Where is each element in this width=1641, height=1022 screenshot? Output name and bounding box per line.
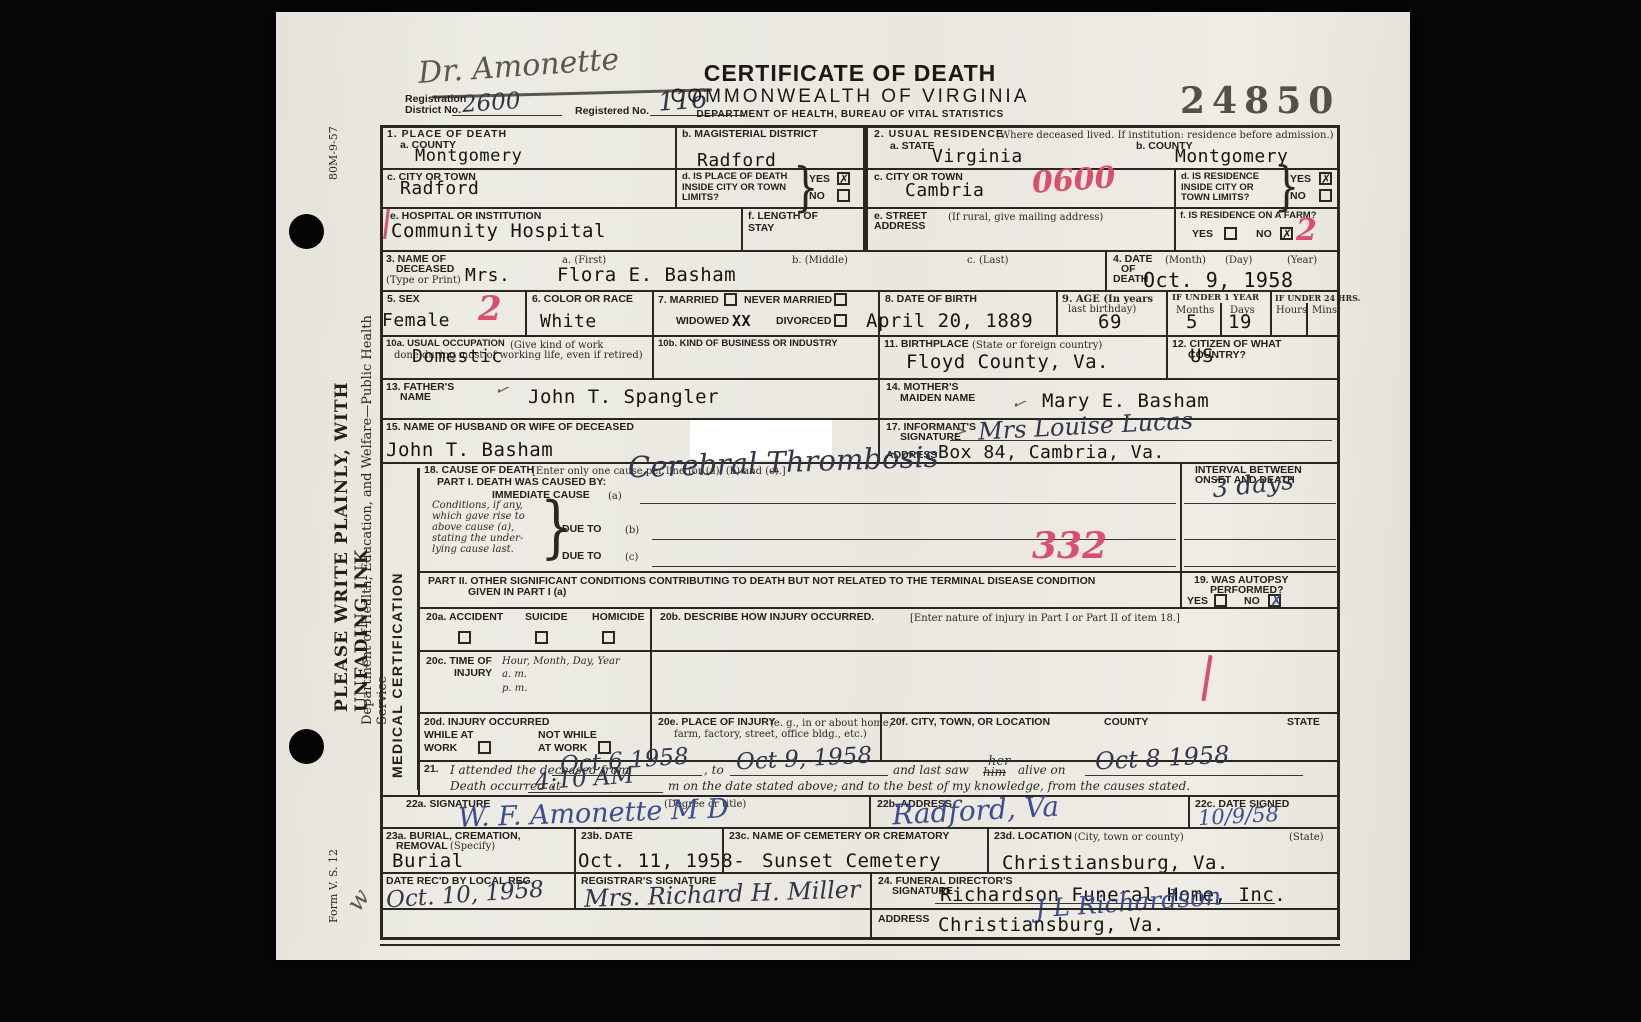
punch-hole-top bbox=[289, 214, 324, 249]
hours-mins-divider bbox=[1306, 303, 1308, 335]
place-limits-label: d. IS PLACE OF DEATH INSIDE CITY OR TOWN… bbox=[682, 172, 792, 204]
not-while-label: NOT WHILE bbox=[538, 730, 597, 742]
while-at-label: WHILE AT bbox=[424, 730, 474, 742]
burial-date-value: Oct. 11, 1958- bbox=[578, 852, 745, 871]
residence-limits-brace: } bbox=[1274, 161, 1299, 213]
place-limits-no-checkbox bbox=[837, 189, 850, 202]
time-of-injury-label2: INJURY bbox=[454, 668, 492, 680]
father-label2: NAME bbox=[400, 392, 431, 404]
medical-strip-label: MEDICAL CERTIFICATION bbox=[389, 478, 405, 778]
cause-a-label: (a) bbox=[608, 491, 622, 502]
cell-under-24-hrs: IF UNDER 24 HRS. Hours Mins. bbox=[1270, 290, 1340, 335]
autopsy-no-checkbox: ✗ bbox=[1268, 594, 1281, 607]
alive-underline bbox=[1085, 757, 1303, 776]
name-note: (Type or Print) bbox=[386, 275, 461, 286]
cause-code-red: 332 bbox=[1032, 528, 1107, 564]
place-limits-yes-checkbox: ✗ bbox=[837, 172, 850, 185]
autopsy-yes-label: YES bbox=[1187, 596, 1208, 608]
to-underline bbox=[730, 757, 888, 776]
injury-city-label: 20f. CITY, TOWN, OR LOCATION bbox=[890, 717, 1050, 729]
residence-section-label: 2. USUAL RESIDENCE bbox=[874, 129, 1004, 141]
birthplace-label: 11. BIRTHPLACE bbox=[884, 339, 969, 351]
never-married-label: NEVER MARRIED bbox=[744, 295, 832, 307]
residence-city-value: Cambria bbox=[905, 182, 984, 200]
conditions-l2: which gave rise to bbox=[432, 511, 525, 522]
autopsy-no-label: NO bbox=[1244, 596, 1260, 608]
race-value: White bbox=[540, 313, 597, 331]
location-note: (City, town or county) bbox=[1074, 832, 1184, 843]
widowed-label: WIDOWED bbox=[676, 316, 729, 328]
cell-part2: PART II. OTHER SIGNIFICANT CONDITIONS CO… bbox=[418, 571, 1180, 607]
occupation-value: Domestic bbox=[412, 348, 503, 366]
registration-underline bbox=[452, 95, 562, 116]
cell-place-limits: d. IS PLACE OF DEATH INSIDE CITY OR TOWN… bbox=[675, 168, 863, 207]
residence-state-label: a. STATE bbox=[890, 141, 935, 153]
injury-county-label: COUNTY bbox=[1104, 717, 1148, 729]
residence-limits-no-label: NO bbox=[1290, 191, 1306, 203]
part1-label: PART I. DEATH WAS CAUSED BY: bbox=[437, 477, 606, 489]
married-checkbox bbox=[724, 293, 737, 306]
physician-address: Radford, Va bbox=[891, 793, 1059, 830]
location-state-note: (State) bbox=[1289, 832, 1324, 843]
place-limits-yes-mark: ✗ bbox=[839, 172, 849, 186]
farm-code-red: 2 bbox=[1296, 216, 1317, 246]
conditions-l1: Conditions, if any, bbox=[432, 500, 523, 511]
item-21-no: 21. bbox=[424, 764, 439, 776]
while-at-work-checkbox bbox=[478, 741, 491, 754]
cell-20b: 20b. DESCRIBE HOW INJURY OCCURRED. [Ente… bbox=[650, 607, 1340, 650]
name-label2: DECEASED bbox=[396, 264, 454, 276]
due-b-paren: (b) bbox=[625, 525, 639, 536]
farm-no-label: NO bbox=[1256, 229, 1272, 241]
sex-code-red: 2 bbox=[478, 292, 502, 326]
last-label: c. (Last) bbox=[967, 255, 1009, 266]
time-of-injury-label: 20c. TIME OF bbox=[426, 656, 492, 668]
farm-no-checkbox: ✗ bbox=[1280, 227, 1293, 240]
due-c-label: DUE TO bbox=[562, 551, 601, 563]
autopsy-yes-checkbox bbox=[1214, 594, 1227, 607]
birth-value: April 20, 1889 bbox=[866, 312, 1033, 331]
month-label: (Month) bbox=[1165, 255, 1206, 266]
age-value: 69 bbox=[1098, 313, 1122, 332]
months-value: 5 bbox=[1186, 313, 1198, 332]
cause-a-line bbox=[640, 485, 1176, 504]
bureau-line: DEPARTMENT OF HEALTH, BUREAU OF VITAL ST… bbox=[600, 109, 1100, 120]
funeral-address-value: Christiansburg, Va. bbox=[938, 916, 1165, 935]
residence-state-value: Virginia bbox=[932, 148, 1023, 166]
part2-line2: GIVEN IN PART I (a) bbox=[468, 587, 566, 599]
attended-text2: , to bbox=[704, 764, 724, 777]
residence-county-value: Montgomery bbox=[1175, 148, 1288, 166]
hospital-value: Community Hospital bbox=[391, 222, 606, 241]
describe-label: 20b. DESCRIBE HOW INJURY OCCURRED. bbox=[660, 612, 874, 624]
funeral-row-divider bbox=[870, 908, 1340, 910]
cell-marital: 7. MARRIED NEVER MARRIED WIDOWED XX DIVO… bbox=[652, 290, 878, 335]
death-occurred-text2: m on the date stated above; and to the b… bbox=[668, 780, 1190, 793]
father-value: John T. Spangler bbox=[528, 388, 719, 407]
farm-yes-checkbox bbox=[1224, 227, 1237, 240]
place-of-injury-note1: (e. g., in or about home, bbox=[770, 718, 892, 729]
funeral-address-label: ADDRESS bbox=[878, 914, 929, 926]
race-label: 6. COLOR OR RACE bbox=[532, 294, 633, 306]
form-number: Form V. S. 12 bbox=[328, 828, 340, 923]
attended-text3: and last saw bbox=[893, 764, 969, 777]
death-certificate-scan: 80M-9-57 PLEASE WRITE PLAINLY, WITH UNFA… bbox=[0, 0, 1641, 1022]
residence-limits-yes-label: YES bbox=[1290, 174, 1311, 186]
burial-date-label: 23b. DATE bbox=[581, 831, 633, 843]
residence-code-red: 0600 bbox=[1031, 163, 1116, 199]
under1-label: IF UNDER 1 YEAR bbox=[1172, 294, 1259, 304]
am-label: a. m. bbox=[502, 669, 527, 680]
cell-length-of-stay: f. LENGTH OF STAY bbox=[741, 207, 863, 250]
under24-label: IF UNDER 24 HRS. bbox=[1275, 294, 1360, 303]
place-limits-yes-label: YES bbox=[809, 174, 830, 186]
homicide-checkbox bbox=[602, 631, 615, 644]
length-of-stay-label: f. LENGTH OF STAY bbox=[748, 211, 838, 235]
cell-20c: 20c. TIME OF INJURY Hour, Month, Day, Ye… bbox=[418, 650, 650, 712]
certificate-subtitle: COMMONWEALTH OF VIRGINIA bbox=[600, 86, 1100, 108]
cell-residence-limits: d. IS RESIDENCE INSIDE CITY OR TOWN LIMI… bbox=[1174, 168, 1340, 207]
residence-limits-yes-checkbox: ✗ bbox=[1319, 172, 1332, 185]
never-married-checkbox bbox=[834, 293, 847, 306]
place-of-injury-label: 20e. PLACE OF INJURY bbox=[658, 717, 775, 729]
citizen-value: US bbox=[1190, 347, 1214, 366]
middle-label: b. (Middle) bbox=[792, 255, 848, 266]
spouse-label: 15. NAME OF HUSBAND OR WIFE OF DECEASED bbox=[386, 422, 634, 434]
suicide-checkbox bbox=[535, 631, 548, 644]
mother-label2: MAIDEN NAME bbox=[900, 393, 975, 405]
him-word-struck: him bbox=[983, 766, 1006, 779]
describe-note: [Enter nature of injury in Part I or Par… bbox=[910, 613, 1180, 624]
cemetery-label: 23c. NAME OF CEMETERY OR CREMATORY bbox=[729, 831, 949, 843]
residence-limits-label: d. IS RESIDENCE INSIDE CITY OR TOWN LIMI… bbox=[1181, 172, 1276, 204]
residence-limits-yes-mark: ✗ bbox=[1321, 172, 1331, 186]
day-label: (Day) bbox=[1225, 255, 1252, 266]
divorced-checkbox bbox=[834, 314, 847, 327]
street-note: (If rural, give mailing address) bbox=[948, 212, 1103, 223]
birthplace-note: (State or foreign country) bbox=[972, 340, 1102, 351]
certificate-number-stamp: 24850 bbox=[1180, 80, 1340, 122]
conditions-l5: lying cause last. bbox=[432, 544, 514, 555]
name-prefix-value: Mrs. bbox=[465, 267, 510, 285]
cell-bottom-blank bbox=[380, 908, 870, 940]
place-of-injury-note2: farm, factory, street, office bldg., etc… bbox=[674, 729, 867, 740]
residence-limits-no-checkbox bbox=[1319, 189, 1332, 202]
place-county-value: Montgomery bbox=[415, 148, 522, 165]
cell-industry: 10b. KIND OF BUSINESS OR INDUSTRY bbox=[652, 335, 878, 378]
cause-label: 18. CAUSE OF DEATH bbox=[424, 465, 534, 477]
certificate-title: CERTIFICATE OF DEATH bbox=[600, 60, 1100, 87]
death-time-underline bbox=[528, 774, 663, 793]
interval-line-c bbox=[1184, 548, 1336, 567]
married-label: 7. MARRIED bbox=[658, 295, 719, 307]
interval-line-a bbox=[1184, 485, 1336, 504]
hours-label: Hours bbox=[1276, 305, 1307, 316]
spouse-value: John T. Basham bbox=[386, 441, 553, 460]
accident-label: 20a. ACCIDENT bbox=[426, 612, 503, 624]
location-label: 23d. LOCATION bbox=[994, 831, 1072, 843]
sex-label: 5. SEX bbox=[387, 294, 420, 306]
attended-text4: alive on bbox=[1018, 764, 1065, 777]
due-b-label: DUE TO bbox=[562, 524, 601, 536]
injury-state-label: STATE bbox=[1287, 717, 1320, 729]
conditions-l4: stating the under- bbox=[432, 533, 523, 544]
magisterial-label: b. MAGISTERIAL DISTRICT bbox=[682, 129, 818, 141]
cell-autopsy: 19. WAS AUTOPSY PERFORMED? YES NO ✗ bbox=[1180, 571, 1340, 607]
homicide-label: HOMICIDE bbox=[592, 612, 645, 624]
conditions-l3: above cause (a), bbox=[432, 522, 514, 533]
injury-occurred-label: 20d. INJURY OCCURRED bbox=[424, 717, 549, 729]
cell-20c-blank bbox=[650, 650, 1340, 712]
mins-label: Mins. bbox=[1312, 305, 1340, 316]
farm-yes-label: YES bbox=[1192, 229, 1213, 241]
dod-value: Oct. 9, 1958 bbox=[1143, 270, 1294, 290]
cell-under-1-year: IF UNDER 1 YEAR Months Days bbox=[1166, 290, 1270, 335]
informant-address-value: Box 84, Cambria, Va. bbox=[938, 444, 1165, 462]
sex-value: Female bbox=[382, 312, 450, 330]
suicide-label: SUICIDE bbox=[525, 612, 568, 624]
industry-label: 10b. KIND OF BUSINESS OR INDUSTRY bbox=[658, 339, 838, 350]
cell-street-address: e. STREET ADDRESS (If rural, give mailin… bbox=[866, 207, 1174, 250]
months-days-divider bbox=[1220, 303, 1222, 335]
divorced-label: DIVORCED bbox=[776, 316, 831, 328]
pm-label: p. m. bbox=[502, 683, 527, 694]
birth-label: 8. DATE OF BIRTH bbox=[885, 294, 977, 306]
punch-hole-bottom bbox=[289, 729, 324, 764]
interval-line-b bbox=[1184, 521, 1336, 540]
accident-checkbox bbox=[458, 631, 471, 644]
time-fields-label: Hour, Month, Day, Year bbox=[502, 656, 620, 667]
due-c-paren: (c) bbox=[625, 552, 638, 563]
farm-no-mark: ✗ bbox=[1282, 227, 1292, 241]
date-signed-value: 10/9/58 bbox=[1198, 804, 1280, 829]
cemetery-value: Sunset Cemetery bbox=[762, 852, 941, 871]
form-bottom-rule bbox=[380, 944, 1340, 946]
year-label: (Year) bbox=[1287, 255, 1317, 266]
place-city-value: Radford bbox=[400, 180, 479, 198]
birthplace-value: Floyd County, Va. bbox=[906, 353, 1109, 372]
street-label2: ADDRESS bbox=[874, 221, 925, 233]
informant-underline bbox=[950, 420, 1332, 441]
days-value: 19 bbox=[1228, 313, 1252, 332]
place-limits-no-label: NO bbox=[809, 191, 825, 203]
cell-20a: 20a. ACCIDENT SUICIDE HOMICIDE bbox=[418, 607, 650, 650]
print-code: 80M-9-57 bbox=[328, 85, 340, 180]
burial-value: Burial bbox=[392, 852, 464, 871]
name-value: Flora E. Basham bbox=[557, 266, 736, 285]
work-label: WORK bbox=[424, 743, 457, 755]
location-value: Christiansburg, Va. bbox=[1002, 854, 1229, 873]
widowed-mark: XX bbox=[732, 314, 751, 329]
